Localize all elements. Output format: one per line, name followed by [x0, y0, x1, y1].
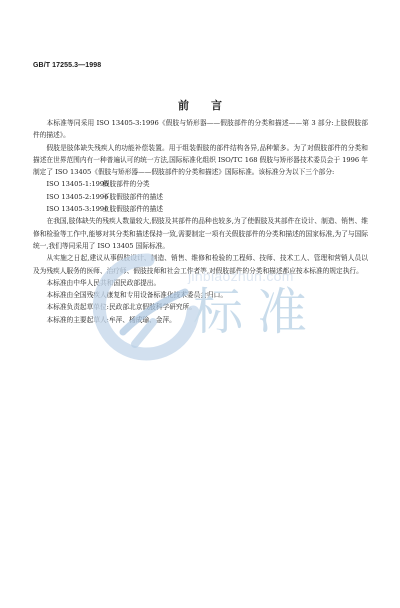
standard-code: GB/T 17255.3—1998 [33, 62, 101, 69]
watermark-text: 标准 [193, 287, 321, 337]
paragraph-adoption: 本标准等同采用 ISO 13405-3:1996《假肢与矫形器——假肢部件的分类… [33, 117, 368, 142]
part-code: ISO 13405-1:1996 [47, 178, 99, 190]
watermark-url: jinbiaozhun.com [188, 268, 294, 284]
part-name: 假肢部件的分类 [103, 180, 150, 188]
page-title: 前言 [0, 97, 400, 113]
part-code: ISO 13405-3:1996 [47, 203, 99, 215]
parts-list-item: ISO 13405-2:1996 下肢假肢部件的描述 [33, 191, 368, 203]
paragraph-domestic-context: 在我国,肢体缺失的残疾人数量较大,假肢及其部件的品种也较多,为了使假肢及其部件在… [33, 215, 368, 252]
part-name: 上肢假肢部件的描述 [103, 205, 163, 213]
paragraph-background: 假肢是肢体缺失残疾人的功能补偿装置。用于组装假肢的部件结构各异,品种繁多。为了对… [33, 142, 368, 179]
part-code: ISO 13405-2:1996 [47, 191, 99, 203]
parts-list-item: ISO 13405-1:1996 假肢部件的分类 [33, 178, 368, 190]
part-name: 下肢假肢部件的描述 [103, 193, 163, 201]
parts-list-item: ISO 13405-3:1996 上肢假肢部件的描述 [33, 203, 368, 215]
